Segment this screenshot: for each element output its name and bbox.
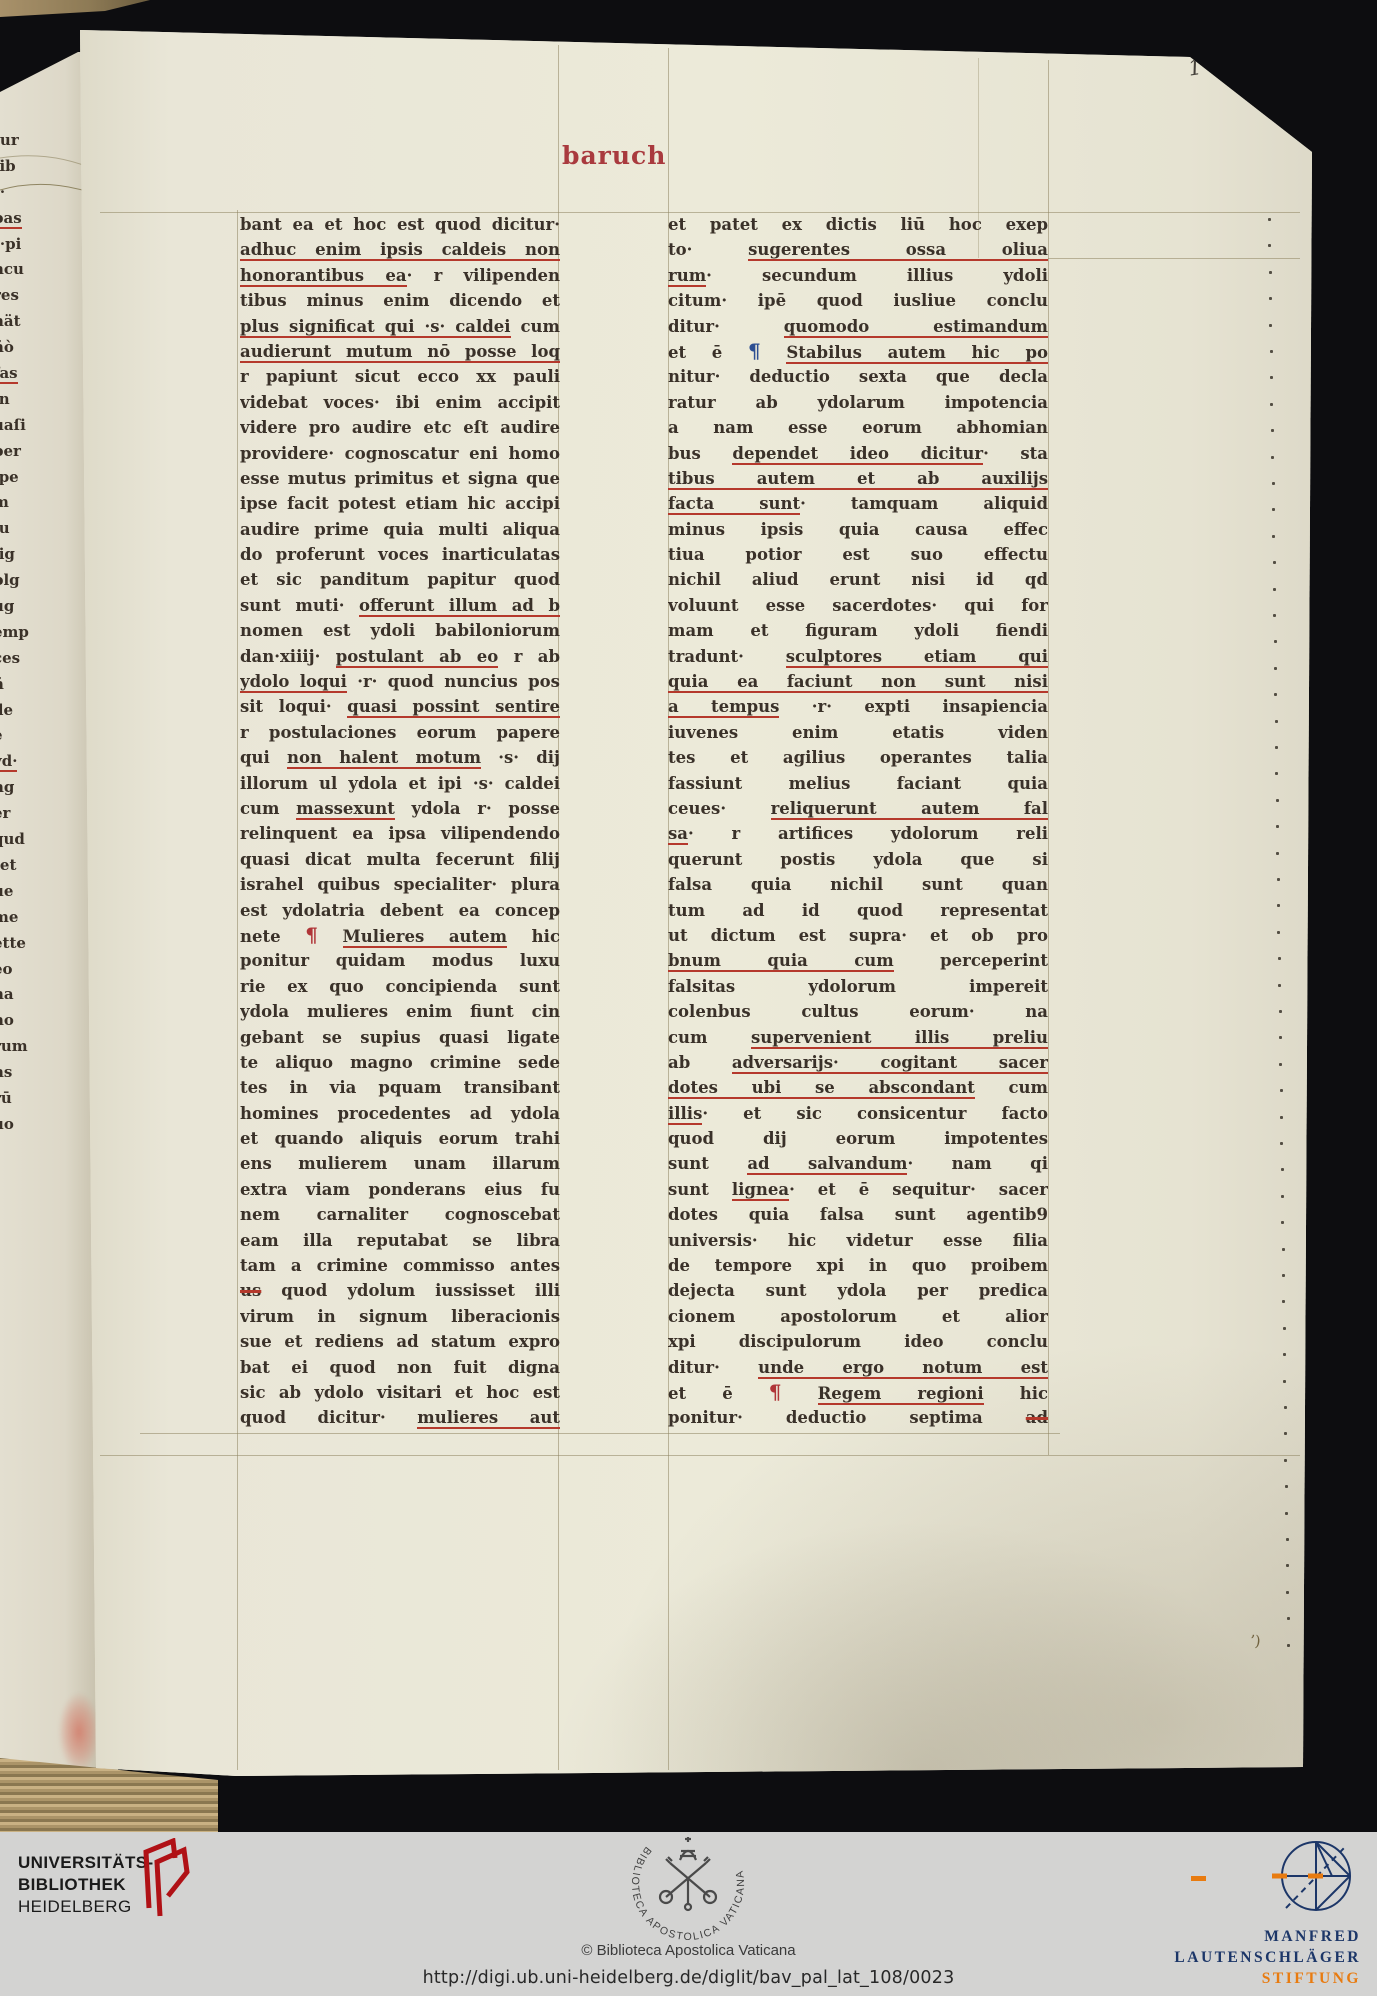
manuscript-text: ·s· dij — [481, 748, 560, 767]
edge-text-fragment: no — [0, 1008, 41, 1034]
manuscript-text: voluunt esse sacerdotes· qui for — [668, 596, 1048, 615]
manuscript-text: sugerentes ossa oliua — [748, 240, 1048, 259]
edge-text-fragment: rū — [0, 1086, 41, 1112]
manuscript-text: xpi discipulorum ideo conclu — [668, 1332, 1048, 1351]
manuscript-text: dependet ideo dicitur — [732, 444, 983, 463]
manuscript-text: facta sunt — [668, 494, 800, 513]
edge-text-fragment: ette — [0, 931, 41, 957]
manuscript-text: sic ab ydolo visitari et hoc est — [240, 1383, 560, 1402]
orange-dash-icon — [1191, 1876, 1206, 1881]
manuscript-text: ditur· — [668, 1358, 758, 1377]
mls-wordmark: MANFRED LAUTENSCHLÄGER STIFTUNG — [1174, 1926, 1361, 1989]
prick-mark — [1283, 1380, 1286, 1383]
ruling-line — [1048, 60, 1049, 1455]
prick-mark — [1280, 1142, 1283, 1145]
manuscript-text: r ab — [498, 647, 560, 666]
manuscript-text: ens mulierem unam illarum — [240, 1154, 560, 1173]
edge-text-fragment: ncu — [0, 257, 41, 283]
digitized-manuscript-viewer: turſibt·past·pincureshätñòſasinuaſiperip… — [0, 0, 1377, 1996]
edge-text-fragment: ces — [0, 646, 41, 672]
book-top-edge — [0, 0, 150, 18]
manuscript-line: to· sugerentes ossa oliua — [668, 237, 1048, 262]
edge-text-fragment: eo — [0, 957, 41, 983]
manuscript-text: ditur· — [668, 317, 784, 336]
edge-text-fragment: lig — [0, 542, 41, 568]
manuscript-text: perceperint — [894, 951, 1048, 970]
manuscript-text: adhuc enim ipsis caldeis non — [240, 240, 560, 259]
text-column-2: et patet ex dictis liū hoc exepto· suger… — [668, 212, 1048, 1431]
ruling-line — [100, 1455, 1300, 1456]
prick-mark — [1275, 720, 1278, 723]
edge-text-fragment-text: no — [0, 1011, 14, 1029]
manuscript-text: colenbus cultus eorum· na — [668, 1002, 1048, 1021]
manuscript-text: cum — [240, 799, 296, 818]
manuscript-text: ponitur· deductio septima — [668, 1408, 1026, 1427]
edge-text-fragment: t· — [0, 180, 41, 206]
prick-mark — [1270, 376, 1273, 379]
prick-mark — [1286, 1591, 1289, 1594]
manuscript-text: tibus autem et ab auxilijs — [668, 469, 1048, 488]
manuscript-text: falsitas ydolorum impereit — [668, 977, 1048, 996]
manuscript-text: ut dictum est supra· et ob pro — [668, 926, 1048, 945]
edge-text-fragment-text: hät — [0, 312, 21, 330]
prick-mark — [1282, 1274, 1285, 1277]
manuscript-text: et patet ex dictis liū hoc exep — [668, 215, 1048, 234]
prick-mark — [1284, 1406, 1287, 1409]
manuscript-line: eam illa reputabat se libra — [240, 1228, 560, 1253]
prick-mark — [1272, 535, 1275, 538]
manuscript-text: minus ipsis quia causa effec — [668, 520, 1048, 539]
manuscript-line: homines procedentes ad ydola — [240, 1101, 560, 1126]
edge-text-fragment: hät — [0, 309, 41, 335]
manuscript-text: unde ergo notum est — [758, 1358, 1048, 1377]
manuscript-text: ipse facit potest etiam hic accipi — [240, 494, 560, 513]
manuscript-text: rie ex quo concipienda sunt — [240, 977, 560, 996]
ub-line1: UNIVERSITÄTS- — [18, 1852, 154, 1874]
manuscript-line: ydola mulieres enim fiunt cin — [240, 999, 560, 1024]
prick-mark — [1270, 350, 1273, 353]
manuscript-line: r papiunt sicut ecco xx pauli — [240, 364, 560, 389]
manuscript-text: rum — [668, 266, 706, 285]
edge-text-fragment-text: ipe — [0, 468, 19, 486]
edge-text-fragment: in — [0, 387, 41, 413]
edge-text-fragment: de — [0, 698, 41, 724]
prick-mark — [1272, 508, 1275, 511]
manuscript-line: nomen est ydoli babiloniorum — [240, 618, 560, 643]
edge-text-fragment-text: uaſi — [0, 416, 26, 434]
edge-text-fragment-text: tur — [0, 131, 19, 149]
manuscript-line: sa· r artifices ydolorum reli — [668, 821, 1048, 846]
edge-text-fragment-text: pas — [0, 209, 22, 227]
edge-text-fragment-text: lig — [0, 545, 15, 563]
manuscript-text: quia ea faciunt non sunt nisi — [668, 672, 1048, 691]
edge-text-fragment: ñ — [0, 672, 41, 698]
manuscript-line: tibus autem et ab auxilijs — [668, 466, 1048, 491]
manuscript-text: tes in via pquam transibant — [240, 1078, 560, 1097]
manuscript-text: ceues· — [668, 799, 771, 818]
edge-text-fragment-text: er — [0, 804, 10, 822]
manuscript-line: sic ab ydolo visitari et hoc est — [240, 1380, 560, 1405]
mls-line2: LAUTENSCHLÄGER — [1174, 1947, 1361, 1968]
edge-text-fragment-text: me — [0, 908, 18, 926]
prick-mark — [1269, 271, 1272, 274]
prick-mark — [1274, 693, 1277, 696]
manuscript-line: ab adversarijs· cogitant sacer — [668, 1050, 1048, 1075]
manuscript-line: ratur ab ydolarum impotencia — [668, 390, 1048, 415]
manuscript-line: adhuc enim ipsis caldeis non — [240, 237, 560, 262]
manuscript-line: sunt muti· offerunt illum ad b — [240, 593, 560, 618]
prick-mark — [1269, 324, 1272, 327]
manuscript-line: ut dictum est supra· et ob pro — [668, 923, 1048, 948]
manuscript-text — [318, 927, 343, 946]
manuscript-line: quia ea faciunt non sunt nisi — [668, 669, 1048, 694]
prick-mark — [1280, 1116, 1283, 1119]
manuscript-text: universis· hic videtur esse filia — [668, 1231, 1048, 1250]
edge-text-fragment-text: t·pi — [0, 235, 21, 253]
edge-text-fragment-text: vd· — [0, 752, 17, 770]
manuscript-line: plus significat qui ·s· caldei cum — [240, 314, 560, 339]
manuscript-line: falsa quia nichil sunt quan — [668, 872, 1048, 897]
edge-text-fragment-text: ette — [0, 934, 26, 952]
manuscript-text: · r artifices ydolorum reli — [688, 824, 1048, 843]
manuscript-text: dejecta sunt ydola per predica — [668, 1281, 1048, 1300]
mls-line3: STIFTUNG — [1174, 1968, 1361, 1989]
manuscript-text: ponitur quidam modus luxu — [240, 951, 560, 970]
manuscript-line: et quando aliquis eorum trahi — [240, 1126, 560, 1151]
manuscript-text: qui — [240, 748, 287, 767]
manuscript-text: quasi dicat multa fecerunt filij — [240, 850, 560, 869]
prick-mark — [1281, 1221, 1284, 1224]
manuscript-text: cionem apostolorum et alior — [668, 1307, 1048, 1326]
manuscript-line: ponitur quidam modus luxu — [240, 948, 560, 973]
manuscript-text: plus significat qui ·s· caldei — [240, 317, 511, 336]
manuscript-text: · secundum illius ydoli — [706, 266, 1048, 285]
manuscript-line: nete ¶ Mulieres autem hic — [240, 923, 560, 948]
manuscript-text: illis — [668, 1104, 702, 1123]
manuscript-line: facta sunt· tamquam aliquid — [668, 491, 1048, 516]
manuscript-line: rie ex quo concipienda sunt — [240, 974, 560, 999]
edge-text-fragment: res — [0, 283, 41, 309]
manuscript-text: israhel quibus specialiter· plura — [240, 875, 560, 894]
manuscript-line: extra viam ponderans eius fu — [240, 1177, 560, 1202]
source-url: http://digi.ub.uni-heidelberg.de/diglit/… — [0, 1968, 1377, 1988]
manuscript-line: fassiunt melius faciant quia — [668, 771, 1048, 796]
manuscript-text: postulant ab eo — [336, 647, 499, 666]
edge-text-fragment: ue — [0, 879, 41, 905]
edge-text-fragment: m — [0, 490, 41, 516]
manuscript-text: bus — [668, 444, 732, 463]
manuscript-text: bant ea et hoc est quod dicitur· — [240, 215, 560, 234]
manuscript-line: querunt postis ydola que si — [668, 847, 1048, 872]
edge-text-fragment: t·pi — [0, 232, 41, 258]
manuscript-line: dan·xiiij· postulant ab eo r ab — [240, 644, 560, 669]
edge-text-fragment: lu — [0, 516, 41, 542]
edge-text-fragment-text: ſas — [0, 364, 18, 382]
prick-mark — [1285, 1512, 1288, 1515]
footer-bar: UNIVERSITÄTS- BIBLIOTHEK HEIDELBERG BIBL… — [0, 1832, 1377, 1996]
manuscript-text: sa — [668, 824, 688, 843]
manuscript-line: gebant se supius quasi ligate — [240, 1025, 560, 1050]
manuscript-text: hic — [507, 927, 560, 946]
edge-text-fragment: rum — [0, 1034, 41, 1060]
prick-mark — [1278, 984, 1281, 987]
edge-text-fragment: per — [0, 439, 41, 465]
manuscript-text: homines procedentes ad ydola — [240, 1104, 560, 1123]
manuscript-text: · tamquam aliquid — [800, 494, 1048, 513]
edge-text-fragment: tur — [0, 128, 41, 154]
manuscript-text: audire prime quia multi aliqua — [240, 520, 560, 539]
manuscript-line: voluunt esse sacerdotes· qui for — [668, 593, 1048, 618]
manuscript-text: ratur ab ydolarum impotencia — [668, 393, 1048, 412]
red-pilcrow: ¶ — [305, 923, 318, 947]
manuscript-line: sunt ad salvandum· nam qi — [668, 1151, 1048, 1176]
edge-text-fragment-text: e — [0, 726, 3, 744]
manuscript-text: ydola r· posse — [395, 799, 560, 818]
manuscript-text: lignea — [732, 1180, 789, 1199]
edge-text-fragment: er — [0, 801, 41, 827]
edge-text-fragment-text: in — [0, 390, 10, 408]
manuscript-text: fassiunt melius faciant quia — [668, 774, 1048, 793]
manuscript-text: offerunt illum ad b — [359, 596, 560, 615]
manuscript-text: et sic panditum papitur quod — [240, 570, 560, 589]
edge-text-fragment-text: per — [0, 442, 21, 460]
prick-mark — [1272, 482, 1275, 485]
ruling-line — [140, 1433, 1060, 1434]
prick-mark — [1282, 1248, 1285, 1251]
manuscript-text: quod dij eorum impotentes — [668, 1129, 1048, 1148]
manuscript-text: cum — [668, 1028, 751, 1047]
manuscript-line: quod dicitur· mulieres aut — [240, 1405, 560, 1430]
prick-mark — [1277, 904, 1280, 907]
manuscript-line: de tempore xpi in quo proibem — [668, 1253, 1048, 1278]
ruling-line — [237, 210, 238, 1770]
red-pilcrow: ¶ — [769, 1380, 782, 1404]
manuscript-line: te aliquo magno crimine sede — [240, 1050, 560, 1075]
manuscript-line: nichil aliud erunt nisi id qd — [668, 567, 1048, 592]
edge-text-fragment-text: eo — [0, 960, 13, 978]
edge-text-fragment-text: de — [0, 701, 13, 719]
edge-text-fragment: ſas — [0, 361, 41, 387]
manuscript-line: audierunt mutum nō posse loq — [240, 339, 560, 364]
edge-text-fragment: ñò — [0, 335, 41, 361]
edge-text-fragment-text: tet — [0, 856, 16, 874]
manuscript-line: quasi dicat multa fecerunt filij — [240, 847, 560, 872]
prick-mark — [1280, 1089, 1283, 1092]
edge-text-fragment: blg — [0, 568, 41, 594]
edge-text-fragment: qud — [0, 827, 41, 853]
edge-text-fragment: e — [0, 723, 41, 749]
prick-mark — [1268, 218, 1271, 221]
manuscript-line: quod dij eorum impotentes — [668, 1126, 1048, 1151]
manuscript-line: ipse facit potest etiam hic accipi — [240, 491, 560, 516]
prick-mark — [1286, 1538, 1289, 1541]
manuscript-text: Regem regioni — [818, 1384, 984, 1403]
prick-mark — [1276, 825, 1279, 828]
manuscript-text: nichil aliud erunt nisi id qd — [668, 570, 1048, 589]
prick-mark — [1271, 456, 1274, 459]
manuscript-line: virum in signum liberacionis — [240, 1304, 560, 1329]
manuscript-text: bnum quia cum — [668, 951, 894, 970]
prick-mark — [1279, 1036, 1282, 1039]
manuscript-text: hic — [984, 1384, 1048, 1403]
ruling-line — [1048, 258, 1300, 259]
manuscript-line: videre pro audire etc eſt audire — [240, 415, 560, 440]
edge-text-fragment-text: ug — [0, 597, 14, 615]
manuscript-text: a nam esse eorum abhomian — [668, 418, 1048, 437]
manuscript-line: nitur· deductio sexta que decla — [668, 364, 1048, 389]
manuscript-line: ens mulierem unam illarum — [240, 1151, 560, 1176]
edge-text-fragment: uo — [0, 1112, 41, 1138]
manuscript-text: mam et figuram ydoli fiendi — [668, 621, 1048, 640]
manuscript-text: ab — [668, 1053, 732, 1072]
manuscript-line: videbat voces· ibi enim accipit — [240, 390, 560, 415]
manuscript-text: et ē — [668, 1384, 769, 1403]
manuscript-line: dotes ubi se abscondant cum — [668, 1075, 1048, 1100]
edge-text-fragment-text: ñò — [0, 338, 14, 356]
mls-logo-icon — [1272, 1836, 1356, 1920]
manuscript-text: ad salvandum — [747, 1154, 907, 1173]
manuscript-line: dotes quia falsa sunt agentib9 — [668, 1202, 1048, 1227]
ub-heidelberg-wordmark: UNIVERSITÄTS- BIBLIOTHEK HEIDELBERG — [18, 1852, 154, 1918]
manuscript-line: sit loqui· quasi possint sentire — [240, 694, 560, 719]
manuscript-text: audierunt mutum nō posse loq — [240, 342, 560, 361]
prick-mark — [1273, 588, 1276, 591]
manuscript-line: relinquent ea ipsa vilipendendo — [240, 821, 560, 846]
manuscript-line: sue et rediens ad statum expro — [240, 1329, 560, 1354]
edge-text-fragment-text: ñ — [0, 675, 4, 693]
manuscript-line: tum ad id quod representat — [668, 898, 1048, 923]
manuscript-text: nem carnaliter cognoscebat — [240, 1205, 560, 1224]
manuscript-line: tes et agilius operantes talia — [668, 745, 1048, 770]
manuscript-text: citum· ipē quod iusliue conclu — [668, 291, 1048, 310]
edge-text-fragment-text: res — [0, 286, 19, 304]
manuscript-line: et patet ex dictis liū hoc exep — [668, 212, 1048, 237]
prick-mark — [1287, 1617, 1290, 1620]
manuscript-line: citum· ipē quod iusliue conclu — [668, 288, 1048, 313]
manuscript-text: sit loqui· — [240, 697, 347, 716]
manuscript-text: de tempore xpi in quo proibem — [668, 1256, 1048, 1275]
ub-heidelberg-logo-icon — [137, 1838, 201, 1922]
edge-text-fragment-text: ue — [0, 882, 13, 900]
prick-mark — [1273, 561, 1276, 564]
manuscript-line: bat ei quod non fuit digna — [240, 1355, 560, 1380]
manuscript-text: · r vilipenden — [407, 266, 560, 285]
manuscript-line: providere· cognoscatur eni homo — [240, 441, 560, 466]
manuscript-text: reliquerunt autem fal — [771, 799, 1048, 818]
manuscript-text: tradunt· — [668, 647, 786, 666]
manuscript-line: mam et figuram ydoli fiendi — [668, 618, 1048, 643]
manuscript-text: quasi possint sentire — [347, 697, 560, 716]
manuscript-line: iuvenes enim etatis viden — [668, 720, 1048, 745]
edge-text-fragment-text: t· — [0, 183, 5, 201]
prick-mark — [1276, 852, 1279, 855]
manuscript-text: tum ad id quod representat — [668, 901, 1048, 920]
manuscript-text: nitur· deductio sexta que decla — [668, 367, 1048, 386]
edge-text-fragment: ug — [0, 594, 41, 620]
manuscript-text: cum — [511, 317, 560, 336]
manuscript-line: ditur· unde ergo notum est — [668, 1355, 1048, 1380]
manuscript-text: ydola mulieres enim fiunt cin — [240, 1002, 560, 1021]
manuscript-line: ceues· reliquerunt autem fal — [668, 796, 1048, 821]
manuscript-text: te aliquo magno crimine sede — [240, 1053, 560, 1072]
manuscript-text: dotes quia falsa sunt agentib9 — [668, 1205, 1048, 1224]
edge-text-fragment-text: rum — [0, 1037, 28, 1055]
manuscript-text: massexunt — [296, 799, 395, 818]
manuscript-text: mulieres aut — [417, 1408, 560, 1427]
manuscript-text: dotes ubi se abscondant — [668, 1078, 975, 1097]
manuscript-text: · et ē sequitur· sacer — [789, 1180, 1048, 1199]
edge-text-fragment-text: na — [0, 985, 14, 1003]
manuscript-text: quod dicitur· — [240, 1408, 417, 1427]
manuscript-line: et ē ¶ Regem regioni hic — [668, 1380, 1048, 1405]
manuscript-line: xpi discipulorum ideo conclu — [668, 1329, 1048, 1354]
manuscript-text: sunt — [668, 1154, 747, 1173]
manuscript-text: · sta — [983, 444, 1048, 463]
prick-mark — [1281, 1168, 1284, 1171]
prick-mark — [1284, 1459, 1287, 1462]
edge-text-fragment: ſib — [0, 154, 41, 180]
manuscript-line: a nam esse eorum abhomian — [668, 415, 1048, 440]
edge-text-fragment-text: emp — [0, 623, 29, 641]
manuscript-text: tiua potior est suo effectu — [668, 545, 1048, 564]
prick-mark — [1284, 1432, 1287, 1435]
bav-copyright: © Biblioteca Apostolica Vaticana — [0, 1942, 1377, 1959]
manuscript-line: bnum quia cum perceperint — [668, 948, 1048, 973]
manuscript-text: Stabilus autem hic po — [786, 343, 1048, 362]
blue-pilcrow: ¶ — [748, 339, 761, 363]
manuscript-line: cum massexunt ydola r· posse — [240, 796, 560, 821]
vatican-emblem-icon: BIBLIOTECA APOSTOLICA VATICANA — [598, 1834, 778, 1942]
manuscript-text: tam a crimine commisso antes — [240, 1256, 560, 1275]
edge-text-fragment-text: ns — [0, 1063, 12, 1081]
manuscript-text: cum — [975, 1078, 1048, 1097]
manuscript-line: minus ipsis quia causa effec — [668, 517, 1048, 542]
prick-mark — [1285, 1485, 1288, 1488]
edge-text-fragment: na — [0, 982, 41, 1008]
prick-mark — [1274, 640, 1277, 643]
manuscript-text — [761, 343, 787, 362]
prick-mark — [1277, 931, 1280, 934]
edge-text-fragment: me — [0, 905, 41, 931]
manuscript-text: non halent motum — [287, 748, 481, 767]
manuscript-text: nete — [240, 927, 305, 946]
manuscript-line: ydolo loqui ·r· quod nuncius pos — [240, 669, 560, 694]
manuscript-line: esse mutus primitus et signa que — [240, 466, 560, 491]
running-title: baruch — [562, 141, 666, 170]
ub-line3: HEIDELBERG — [18, 1896, 154, 1918]
manuscript-text: r papiunt sicut ecco xx pauli — [240, 367, 560, 386]
prick-mark — [1269, 297, 1272, 300]
ub-line2: BIBLIOTHEK — [18, 1874, 154, 1896]
edge-text-fragment-text: qud — [0, 830, 25, 848]
manuscript-text: providere· cognoscatur eni homo — [240, 444, 560, 463]
manuscript-line: dejecta sunt ydola per predica — [668, 1278, 1048, 1303]
manuscript-text: Mulieres autem — [343, 927, 508, 946]
manuscript-text: gebant se supius quasi ligate — [240, 1028, 560, 1047]
manuscript-text: iuvenes enim etatis viden — [668, 723, 1048, 742]
manuscript-line: falsitas ydolorum impereit — [668, 974, 1048, 999]
edge-text-fragment: ipe — [0, 465, 41, 491]
manuscript-text: quod ydolum iussisset illi — [261, 1281, 560, 1300]
prick-mark — [1270, 403, 1273, 406]
manuscript-line: tiua potior est suo effectu — [668, 542, 1048, 567]
edge-text-fragment: emp — [0, 620, 41, 646]
manuscript-line: tradunt· sculptores etiam qui — [668, 644, 1048, 669]
edge-text-fragment-text: ſib — [0, 157, 16, 175]
edge-text-fragment-text: rū — [0, 1089, 12, 1107]
manuscript-text: tes et agilius operantes talia — [668, 748, 1048, 767]
manuscript-text: illorum ul ydola et ipi ·s· caldei — [240, 774, 560, 793]
